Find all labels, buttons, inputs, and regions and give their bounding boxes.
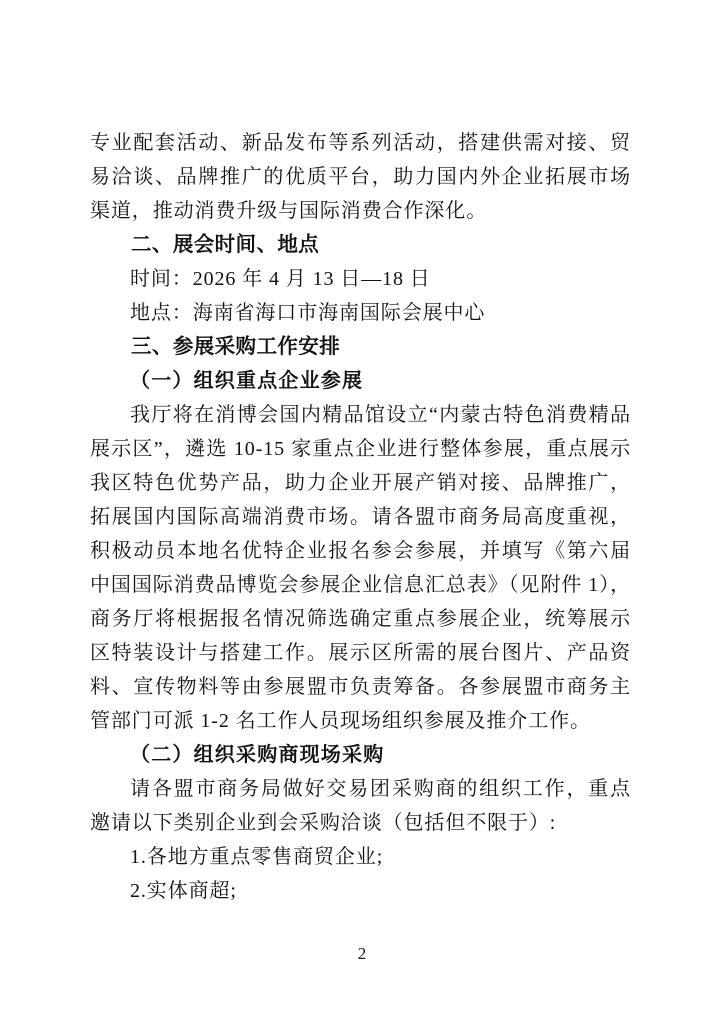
section-heading-2: 二、展会时间、地点 xyxy=(90,228,631,262)
document-body: 专业配套活动、新品发布等系列活动，搭建供需对接、贸易洽谈、品牌推广的优质平台，助… xyxy=(90,126,631,908)
subsection-heading-1: （一）组织重点企业参展 xyxy=(90,364,631,398)
paragraph-purchaser-organization: 请各盟市商务局做好交易团采购商的组织工作，重点邀请以下类别企业到会采购洽谈（包括… xyxy=(90,772,631,840)
event-time-line: 时间：2026 年 4 月 13 日—18 日 xyxy=(90,262,631,296)
paragraph-continued: 专业配套活动、新品发布等系列活动，搭建供需对接、贸易洽谈、品牌推广的优质平台，助… xyxy=(90,126,631,228)
list-item-1: 1.各地方重点零售商贸企业; xyxy=(90,840,631,874)
event-location-line: 地点：海南省海口市海南国际会展中心 xyxy=(90,296,631,330)
list-item-2: 2.实体商超; xyxy=(90,874,631,908)
paragraph-exhibition-plan: 我厅将在消博会国内精品馆设立“内蒙古特色消费精品展示区”，遴选 10-15 家重… xyxy=(90,398,631,738)
page-number: 2 xyxy=(0,942,724,966)
section-heading-3: 三、参展采购工作安排 xyxy=(90,330,631,364)
subsection-heading-2: （二）组织采购商现场采购 xyxy=(90,738,631,772)
document-page: 专业配套活动、新品发布等系列活动，搭建供需对接、贸易洽谈、品牌推广的优质平台，助… xyxy=(0,0,724,1024)
